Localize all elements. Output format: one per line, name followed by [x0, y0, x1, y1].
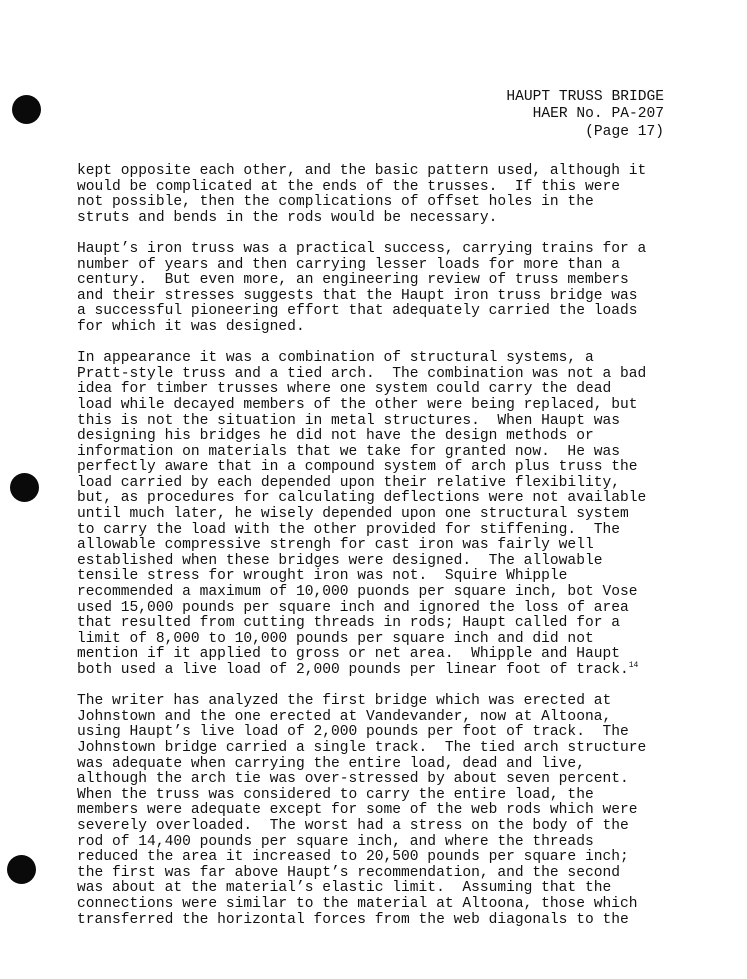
text-line: kept opposite each other, and the basic … — [77, 164, 677, 180]
text-line: was about at the material’s elastic limi… — [77, 881, 677, 897]
paragraph: Haupt’s iron truss was a practical succe… — [77, 242, 677, 336]
text-line: not possible, then the complications of … — [77, 195, 677, 211]
line-text: designing his bridges he did not have th… — [77, 428, 594, 444]
line-text: the first was far above Haupt’s recommen… — [77, 865, 620, 881]
text-line: would be complicated at the ends of the … — [77, 180, 677, 196]
line-text: was adequate when carrying the entire lo… — [77, 756, 585, 772]
text-line: established when these bridges were desi… — [77, 554, 677, 570]
line-text: Johnstown and the one erected at Vandeva… — [77, 709, 611, 725]
text-line: perfectly aware that in a compound syste… — [77, 460, 677, 476]
text-line: that resulted from cutting threads in ro… — [77, 616, 677, 632]
line-text: this is not the situation in metal struc… — [77, 413, 620, 429]
punch-hole-icon — [12, 95, 41, 124]
line-text: and their stresses suggests that the Hau… — [77, 288, 638, 304]
line-text: In appearance it was a combination of st… — [77, 350, 594, 366]
line-text: both used a live load of 2,000 pounds pe… — [77, 662, 629, 678]
line-text: struts and bends in the rods would be ne… — [77, 210, 497, 226]
header-haer-number: HAER No. PA-207 — [506, 106, 664, 123]
line-text: information on materials that we take fo… — [77, 444, 620, 460]
line-text: transferred the horizontal forces from t… — [77, 912, 629, 928]
text-line: Johnstown and the one erected at Vandeva… — [77, 710, 677, 726]
line-text: connections were similar to the material… — [77, 896, 638, 912]
line-text: recommended a maximum of 10,000 puonds p… — [77, 584, 638, 600]
line-text: until much later, he wisely depended upo… — [77, 506, 629, 522]
text-line: was adequate when carrying the entire lo… — [77, 757, 677, 773]
line-text: reduced the area it increased to 20,500 … — [77, 849, 629, 865]
text-line: using Haupt’s live load of 2,000 pounds … — [77, 725, 677, 741]
line-text: The writer has analyzed the first bridge… — [77, 693, 611, 709]
text-line: In appearance it was a combination of st… — [77, 351, 677, 367]
text-line: rod of 14,400 pounds per square inch, an… — [77, 835, 677, 851]
line-text: load while decayed members of the other … — [77, 397, 638, 413]
text-line: allowable compressive strengh for cast i… — [77, 538, 677, 554]
text-line: but, as procedures for calculating defle… — [77, 491, 677, 507]
line-text: perfectly aware that in a compound syste… — [77, 459, 638, 475]
line-text: kept opposite each other, and the basic … — [77, 163, 646, 179]
line-text: not possible, then the complications of … — [77, 194, 594, 210]
text-line: this is not the situation in metal struc… — [77, 414, 677, 430]
line-text: established when these bridges were desi… — [77, 553, 602, 569]
line-text: Pratt-style truss and a tied arch. The c… — [77, 366, 646, 382]
text-line: The writer has analyzed the first bridge… — [77, 694, 677, 710]
punch-hole-icon — [10, 473, 39, 502]
line-text: severely overloaded. The worst had a str… — [77, 818, 629, 834]
text-line: used 15,000 pounds per square inch and i… — [77, 601, 677, 617]
line-text: allowable compressive strengh for cast i… — [77, 537, 594, 553]
line-text: a successful pioneering effort that adeq… — [77, 303, 638, 319]
punch-hole-icon — [7, 855, 36, 884]
text-line: struts and bends in the rods would be ne… — [77, 211, 677, 227]
header-page-number: (Page 17) — [506, 124, 664, 141]
line-text: but, as procedures for calculating defle… — [77, 490, 646, 506]
text-line: to carry the load with the other provide… — [77, 523, 677, 539]
paragraph: kept opposite each other, and the basic … — [77, 164, 677, 226]
text-line: information on materials that we take fo… — [77, 445, 677, 461]
text-line: recommended a maximum of 10,000 puonds p… — [77, 585, 677, 601]
document-body: kept opposite each other, and the basic … — [77, 164, 677, 944]
text-line: designing his bridges he did not have th… — [77, 429, 677, 445]
text-line: and their stresses suggests that the Hau… — [77, 289, 677, 305]
text-line: both used a live load of 2,000 pounds pe… — [77, 663, 677, 679]
line-text: would be complicated at the ends of the … — [77, 179, 620, 195]
line-text: although the arch tie was over-stressed … — [77, 771, 629, 787]
text-line: severely overloaded. The worst had a str… — [77, 819, 677, 835]
line-text: When the truss was considered to carry t… — [77, 787, 594, 803]
line-text: Haupt’s iron truss was a practical succe… — [77, 241, 646, 257]
document-page: HAUPT TRUSS BRIDGE HAER No. PA-207 (Page… — [0, 0, 747, 979]
paragraph: The writer has analyzed the first bridge… — [77, 694, 677, 928]
text-line: for which it was designed. — [77, 320, 677, 336]
text-line: the first was far above Haupt’s recommen… — [77, 866, 677, 882]
line-text: Johnstown bridge carried a single track.… — [77, 740, 646, 756]
text-line: tensile stress for wrought iron was not.… — [77, 569, 677, 585]
line-text: using Haupt’s live load of 2,000 pounds … — [77, 724, 629, 740]
line-text: number of years and then carrying lesser… — [77, 257, 620, 273]
text-line: until much later, he wisely depended upo… — [77, 507, 677, 523]
text-line: century. But even more, an engineering r… — [77, 273, 677, 289]
text-line: load carried by each depended upon their… — [77, 476, 677, 492]
text-line: Johnstown bridge carried a single track.… — [77, 741, 677, 757]
text-line: transferred the horizontal forces from t… — [77, 913, 677, 929]
text-line: although the arch tie was over-stressed … — [77, 772, 677, 788]
page-header: HAUPT TRUSS BRIDGE HAER No. PA-207 (Page… — [506, 89, 664, 141]
line-text: limit of 8,000 to 10,000 pounds per squa… — [77, 631, 594, 647]
text-line: limit of 8,000 to 10,000 pounds per squa… — [77, 632, 677, 648]
text-line: idea for timber trusses where one system… — [77, 382, 677, 398]
line-text: used 15,000 pounds per square inch and i… — [77, 600, 629, 616]
text-line: load while decayed members of the other … — [77, 398, 677, 414]
text-line: connections were similar to the material… — [77, 897, 677, 913]
line-text: idea for timber trusses where one system… — [77, 381, 611, 397]
header-title: HAUPT TRUSS BRIDGE — [506, 89, 664, 106]
line-text: tensile stress for wrought iron was not.… — [77, 568, 567, 584]
line-text: century. But even more, an engineering r… — [77, 272, 629, 288]
text-line: When the truss was considered to carry t… — [77, 788, 677, 804]
paragraph: In appearance it was a combination of st… — [77, 351, 677, 678]
line-text: rod of 14,400 pounds per square inch, an… — [77, 834, 594, 850]
text-line: Pratt-style truss and a tied arch. The c… — [77, 367, 677, 383]
line-text: to carry the load with the other provide… — [77, 522, 620, 538]
text-line: number of years and then carrying lesser… — [77, 258, 677, 274]
line-text: members were adequate except for some of… — [77, 802, 638, 818]
text-line: reduced the area it increased to 20,500 … — [77, 850, 677, 866]
line-text: mention if it applied to gross or net ar… — [77, 646, 620, 662]
text-line: a successful pioneering effort that adeq… — [77, 304, 677, 320]
text-line: members were adequate except for some of… — [77, 803, 677, 819]
line-text: was about at the material’s elastic limi… — [77, 880, 611, 896]
line-text: that resulted from cutting threads in ro… — [77, 615, 620, 631]
footnote-marker: 14 — [629, 661, 639, 670]
line-text: load carried by each depended upon their… — [77, 475, 620, 491]
line-text: for which it was designed. — [77, 319, 305, 335]
text-line: Haupt’s iron truss was a practical succe… — [77, 242, 677, 258]
text-line: mention if it applied to gross or net ar… — [77, 647, 677, 663]
